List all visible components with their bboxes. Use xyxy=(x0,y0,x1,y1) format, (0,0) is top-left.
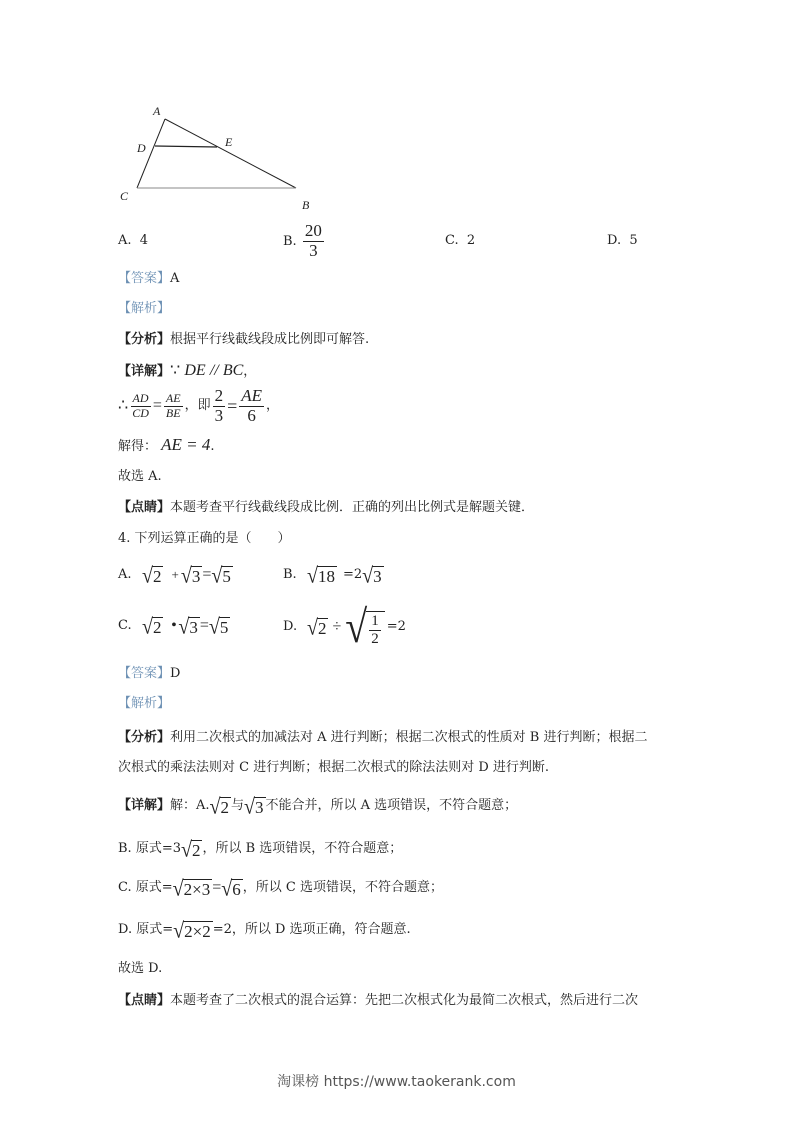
numerator: 1 xyxy=(369,613,381,631)
option-value: 5 xyxy=(629,233,637,248)
radicand: 3 xyxy=(372,566,384,587)
radicand: 2×2 xyxy=(183,921,213,942)
sqrt: √3 xyxy=(181,564,202,587)
q3-choose: 故选 A. xyxy=(118,468,162,486)
sqrt: √2 xyxy=(181,838,202,861)
q3-analysis-heading: 【解析】 xyxy=(118,300,170,318)
radical-icon: √ xyxy=(244,796,255,818)
option-letter: B. xyxy=(283,234,297,249)
radical-icon: √ xyxy=(181,839,192,861)
q4-xiangjie-c: C. 原式= √2×3 = √6 ，所以 C 选项错误，不符合题意； xyxy=(118,875,443,901)
radical-icon: √ xyxy=(211,565,222,587)
denominator: CD xyxy=(130,407,151,420)
radicand: 3 xyxy=(254,797,266,818)
solve-label: 解得： xyxy=(118,439,157,454)
parallel-symbol: // xyxy=(210,362,219,379)
radical-icon: √ xyxy=(142,565,153,587)
equals: = xyxy=(212,879,221,897)
fenxi-text: 利用二次根式的加减法对 A 进行判断；根据二次根式的性质对 B 进行判断；根据二 xyxy=(170,730,647,745)
option-value: 4 xyxy=(140,233,148,248)
answer-value: D xyxy=(170,666,180,681)
sqrt: √6 xyxy=(221,877,242,900)
sqrt: √2 xyxy=(307,616,328,639)
q4-choose: 故选 D. xyxy=(118,960,162,978)
sqrt: √2 xyxy=(142,564,163,587)
numerator: AD xyxy=(131,392,151,406)
sqrt: √2×3 xyxy=(173,877,213,900)
sqrt: √18 xyxy=(307,564,337,587)
text: =2，所以 D 选项正确，符合题意. xyxy=(213,921,411,939)
segment-ab xyxy=(165,119,296,188)
answer-tag: 【答案】 xyxy=(118,666,170,681)
denominator: 6 xyxy=(245,407,258,426)
q4-fenxi-line1: 【分析】利用二次根式的加减法对 A 进行判断；根据二次根式的性质对 B 进行判断… xyxy=(118,729,648,747)
radical-icon: √ xyxy=(307,617,318,639)
radicand: 2 xyxy=(317,618,329,639)
dianjing-tag: 【点睛】 xyxy=(118,993,170,1008)
footer-watermark: 淘课榜 https://www.taokerank.com xyxy=(0,1071,793,1091)
numerator: 2 xyxy=(213,387,226,407)
q4-dianjing: 【点睛】本题考查了二次根式的混合运算：先把二次根式化为最简二次根式，然后进行二次 xyxy=(118,992,638,1010)
math-bc: BC xyxy=(223,362,243,379)
fraction: 1 2 xyxy=(369,613,381,647)
q4-option-d: D. √2 ÷ √ 1 2 =2 xyxy=(283,605,406,649)
q3-answer: 【答案】A xyxy=(118,270,179,288)
fraction-2-3: 2 3 xyxy=(213,387,226,425)
radical-icon: √ xyxy=(345,604,367,650)
dianjing-text: 本题考查平行线截线段成比例．正确的列出比例式是解题关键． xyxy=(170,500,534,515)
label-d: D xyxy=(136,141,146,155)
q3-option-c: C. 2 xyxy=(445,233,475,248)
q3-option-d: D. 5 xyxy=(607,233,638,248)
plus-operator: + xyxy=(171,566,178,584)
sqrt: √5 xyxy=(211,564,232,587)
fenxi-tag: 【分析】 xyxy=(118,730,170,745)
radicand: 2 xyxy=(191,840,203,861)
divide-operator: ÷ xyxy=(332,618,341,636)
ji-text: ，即 xyxy=(185,397,211,415)
text: 与 xyxy=(231,797,244,815)
sqrt: √3 xyxy=(178,615,199,638)
q4-analysis-heading: 【解析】 xyxy=(118,695,170,713)
option-letter: A. xyxy=(118,233,132,248)
dianjing-text: 本题考查了二次根式的混合运算：先把二次根式化为最简二次根式，然后进行二次 xyxy=(170,993,638,1008)
denominator: BE xyxy=(164,407,183,420)
label-c: C xyxy=(120,189,129,203)
option-letter: D. xyxy=(607,233,621,248)
option-letter: C. xyxy=(445,233,459,248)
text: 不能合并，所以 A 选项错误，不符合题意； xyxy=(266,797,518,815)
therefore-symbol: ∴ xyxy=(118,397,128,415)
because-symbol: ∵ xyxy=(170,362,180,379)
label-a: A xyxy=(152,104,161,118)
q4-fenxi-line2: 次根式的乘法法则对 C 进行判断；根据二次根式的除法法则对 D 进行判断. xyxy=(118,759,549,777)
triangle-figure: A D E C B xyxy=(0,0,400,220)
q4-option-a: A. √2 + √3 = √5 xyxy=(118,562,233,588)
equals: = xyxy=(227,397,237,415)
radical-icon: √ xyxy=(210,796,221,818)
q4-stem: 4. 下列运算正确的是（ ） xyxy=(118,530,291,548)
text: B. 原式=3 xyxy=(118,840,181,858)
radical-icon: √ xyxy=(362,565,373,587)
radicand: 2×3 xyxy=(183,879,213,900)
q4-xiangjie-a: 【详解】解：A. √2 与 √3 不能合并，所以 A 选项错误，不符合题意； xyxy=(118,793,517,819)
equals: = xyxy=(200,617,209,635)
fraction-ad-cd: AD CD xyxy=(130,392,151,419)
text: ，所以 B 选项错误，不符合题意； xyxy=(202,840,402,858)
dianjing-tag: 【点睛】 xyxy=(118,500,170,515)
numerator: AE xyxy=(164,392,183,406)
q4-option-b: B. √18 =2 √3 xyxy=(283,562,384,588)
q3-fenxi: 【分析】根据平行线截线段成比例即可解答. xyxy=(118,331,369,349)
q3-proportion: ∴ AD CD = AE BE ，即 2 3 = AE 6 ， xyxy=(118,388,279,424)
radical-icon: √ xyxy=(221,878,232,900)
denominator: 2 xyxy=(369,631,381,648)
radicand: 6 xyxy=(231,879,243,900)
equals-two: =2 xyxy=(387,618,406,636)
solve-expression: AE = 4 xyxy=(161,435,210,454)
sqrt: √5 xyxy=(209,615,230,638)
fraction: 20 3 xyxy=(303,222,324,260)
radical-icon: √ xyxy=(209,616,220,638)
sqrt: √2×2 xyxy=(173,919,213,942)
denominator: 3 xyxy=(213,407,226,426)
radical-icon: √ xyxy=(307,565,318,587)
text: D. 原式= xyxy=(118,921,173,939)
numerator: 20 xyxy=(303,222,324,242)
option-letter: D. xyxy=(283,618,307,636)
label-b: B xyxy=(302,198,310,212)
radical-icon: √ xyxy=(181,565,192,587)
radicand: 5 xyxy=(221,566,233,587)
sqrt: √3 xyxy=(362,564,383,587)
radical-icon: √ xyxy=(173,878,184,900)
q3-xiangjie: 【详解】∵ DE // BC， xyxy=(118,362,256,381)
radicand: 2 xyxy=(152,566,164,587)
radicand: 18 xyxy=(317,566,337,587)
sqrt: √2 xyxy=(210,795,231,818)
text: ，所以 C 选项错误，不符合题意； xyxy=(243,879,443,897)
option-value: 2 xyxy=(467,233,475,248)
denominator: 3 xyxy=(307,242,320,261)
q4-xiangjie-d: D. 原式= √2×2 =2，所以 D 选项正确，符合题意. xyxy=(118,917,411,943)
fraction-ae-be: AE BE xyxy=(164,392,183,419)
q4-xiangjie-b: B. 原式=3 √2 ，所以 B 选项错误，不符合题意； xyxy=(118,836,402,862)
radical-icon: √ xyxy=(142,616,153,638)
answer-tag: 【答案】 xyxy=(118,271,170,286)
radical-icon: √ xyxy=(178,616,189,638)
sqrt: √2 xyxy=(142,615,163,638)
option-letter: C. xyxy=(118,617,142,635)
answer-value: A xyxy=(170,271,179,286)
comma: ， xyxy=(243,364,256,379)
q4-option-c: C. √2 • √3 = √5 xyxy=(118,613,230,639)
option-letter: A. xyxy=(118,566,142,584)
sqrt: √3 xyxy=(244,795,265,818)
xiangjie-tag: 【详解】 xyxy=(118,364,170,379)
math-de: DE xyxy=(184,362,205,379)
comma: ， xyxy=(266,397,279,415)
equals: = xyxy=(202,566,211,584)
numerator: AE xyxy=(239,387,264,407)
q3-dianjing: 【点睛】本题考查平行线截线段成比例．正确的列出比例式是解题关键． xyxy=(118,499,534,517)
q4-answer: 【答案】D xyxy=(118,665,180,683)
sqrt-fraction: √ 1 2 xyxy=(345,607,384,647)
radicand: 2 xyxy=(220,797,232,818)
radicand: 2 xyxy=(152,617,164,638)
fenxi-text: 根据平行线截线段成比例即可解答. xyxy=(170,332,369,347)
radicand: 5 xyxy=(219,617,231,638)
radical-icon: √ xyxy=(173,920,184,942)
q3-option-b: B. 20 3 xyxy=(283,222,326,260)
fenxi-tag: 【分析】 xyxy=(118,332,170,347)
radicand: 1 2 xyxy=(366,611,385,647)
equals: = xyxy=(153,397,162,415)
radicand: 3 xyxy=(191,566,203,587)
period: . xyxy=(210,439,214,454)
dot-operator: • xyxy=(171,617,176,635)
fraction-ae-6: AE 6 xyxy=(239,387,264,425)
text: 解：A. xyxy=(170,797,210,815)
q3-solve: 解得： AE = 4. xyxy=(118,436,215,456)
radicand: 3 xyxy=(188,617,200,638)
q3-option-a: A. 4 xyxy=(118,233,148,248)
segment-de xyxy=(155,146,217,147)
equals-two: =2 xyxy=(343,566,362,584)
xiangjie-tag: 【详解】 xyxy=(118,797,170,815)
label-e: E xyxy=(224,135,233,149)
option-letter: B. xyxy=(283,566,307,584)
text: C. 原式= xyxy=(118,879,173,897)
